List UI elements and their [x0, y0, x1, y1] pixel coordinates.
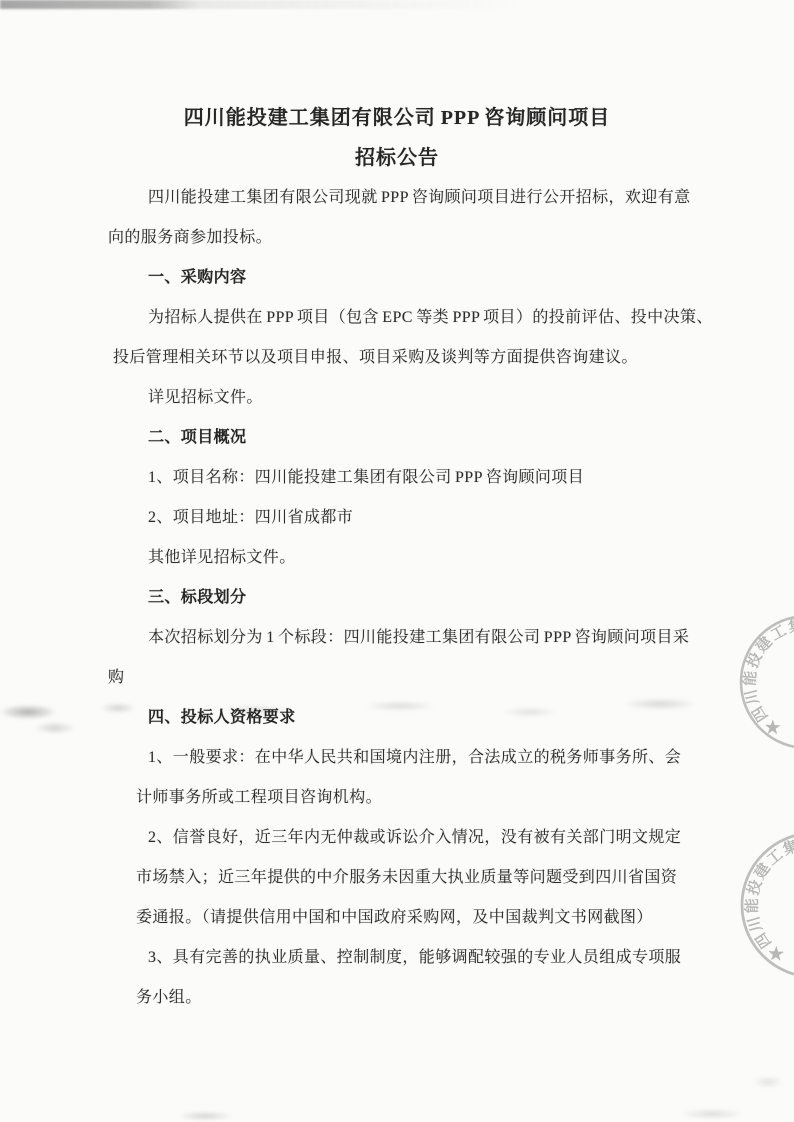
list-item: 市场禁入；近三年提供的中介服务未因重大执业质量等问题受到四川省国资 [0, 858, 794, 898]
body-line: 其他详见招标文件。 [0, 538, 794, 578]
svg-text:★四川能投建工集团有限公司: ★四川能投建工集团有限公司 [743, 834, 794, 965]
body-line: 投后管理相关环节以及项目申报、项目采购及谈判等方面提供咨询建议。 [0, 338, 794, 378]
seal-ring-text: ★四川能投建工集团有限公司 [743, 834, 794, 965]
scan-noise-bottom [0, 1066, 794, 1122]
body-line: 为招标人提供在 PPP 项目（包含 EPC 等类 PPP 项目）的投前评估、投中… [0, 298, 794, 338]
body-line: 购 [0, 658, 794, 698]
list-item: 计师事务所或工程项目咨询机构。 [0, 778, 794, 818]
list-item: 委通报。（请提供信用中国和中国政府采购网，及中国裁判文书网截图） [0, 898, 794, 938]
section-heading-2: 二、项目概况 [0, 418, 794, 458]
scan-edge-smudge [0, 0, 520, 9]
body-line: 详见招标文件。 [0, 378, 794, 418]
company-seal-lower: ★四川能投建工集团有限公司 [734, 825, 794, 990]
document-text: 四川能投建工集团有限公司 PPP 咨询顾问项目 招标公告 四川能投建工集团有限公… [0, 98, 794, 1018]
seal-ring-text: ★四川能投建工集团有限公司 [741, 615, 794, 738]
intro-line: 四川能投建工集团有限公司现就 PPP 咨询顾问项目进行公开招标，欢迎有意 [0, 178, 794, 218]
company-seal-upper: ★四川能投建工集团有限公司 [737, 612, 794, 757]
document-page: 四川能投建工集团有限公司 PPP 咨询顾问项目 招标公告 四川能投建工集团有限公… [0, 0, 794, 1122]
body-line: 本次招标划分为 1 个标段：四川能投建工集团有限公司 PPP 咨询顾问项目采 [0, 618, 794, 658]
doc-title: 四川能投建工集团有限公司 PPP 咨询顾问项目 [0, 98, 794, 138]
section-heading-3: 三、标段划分 [0, 578, 794, 618]
list-item: 1、项目名称：四川能投建工集团有限公司 PPP 咨询顾问项目 [0, 458, 794, 498]
list-item: 务小组。 [0, 978, 794, 1018]
list-item: 2、项目地址：四川省成都市 [0, 498, 794, 538]
doc-subtitle: 招标公告 [0, 138, 794, 178]
section-heading-4: 四、投标人资格要求 [0, 698, 794, 738]
list-item: 1、一般要求：在中华人民共和国境内注册，合法成立的税务师事务所、会 [0, 738, 794, 778]
list-item: 3、具有完善的执业质量、控制制度，能够调配较强的专业人员组成专项服 [0, 938, 794, 978]
list-item: 2、信誉良好，近三年内无仲裁或诉讼介入情况，没有被有关部门明文规定 [0, 818, 794, 858]
section-heading-1: 一、采购内容 [0, 258, 794, 298]
svg-text:★四川能投建工集团有限公司: ★四川能投建工集团有限公司 [741, 615, 794, 738]
intro-line: 向的服务商参加投标。 [0, 218, 794, 258]
